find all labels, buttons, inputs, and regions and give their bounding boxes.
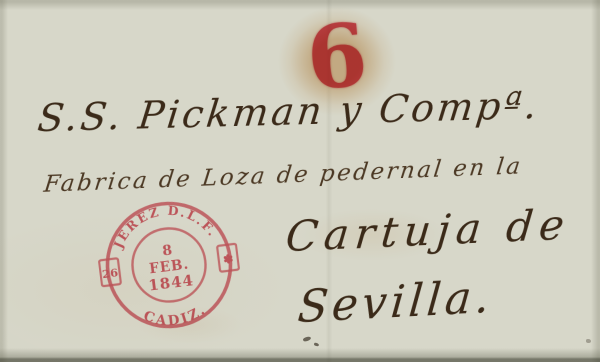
postal-cover-photo: 6 JEREZ D.L.F. CADIZ. 8 FEB. 1844 26 ✽ S… [0,0,600,362]
postmark-day: 8 [161,243,173,260]
ink-speck [303,336,312,342]
address-line-place: Cartuja de [284,199,573,261]
paper-speck [586,339,591,343]
stamp-ornament-icon: ✽ [222,252,234,267]
ink-speck [314,342,320,346]
address-line-city: Sevilla. [296,272,496,334]
address-line-factory: Fabrica de Loza de pedernal en la [42,154,524,199]
postmark-number: 26 [101,265,119,281]
datestamp-graphic: JEREZ D.L.F. CADIZ. 8 FEB. 1844 26 ✽ [91,187,247,343]
address-line-addressee: S.S. Pickman y Compª. [35,83,542,140]
postmark-province-arc: CADIZ. [140,300,212,332]
jerez-cadiz-datestamp: JEREZ D.L.F. CADIZ. 8 FEB. 1844 26 ✽ [91,187,247,343]
svg-text:CADIZ.: CADIZ. [140,300,212,332]
